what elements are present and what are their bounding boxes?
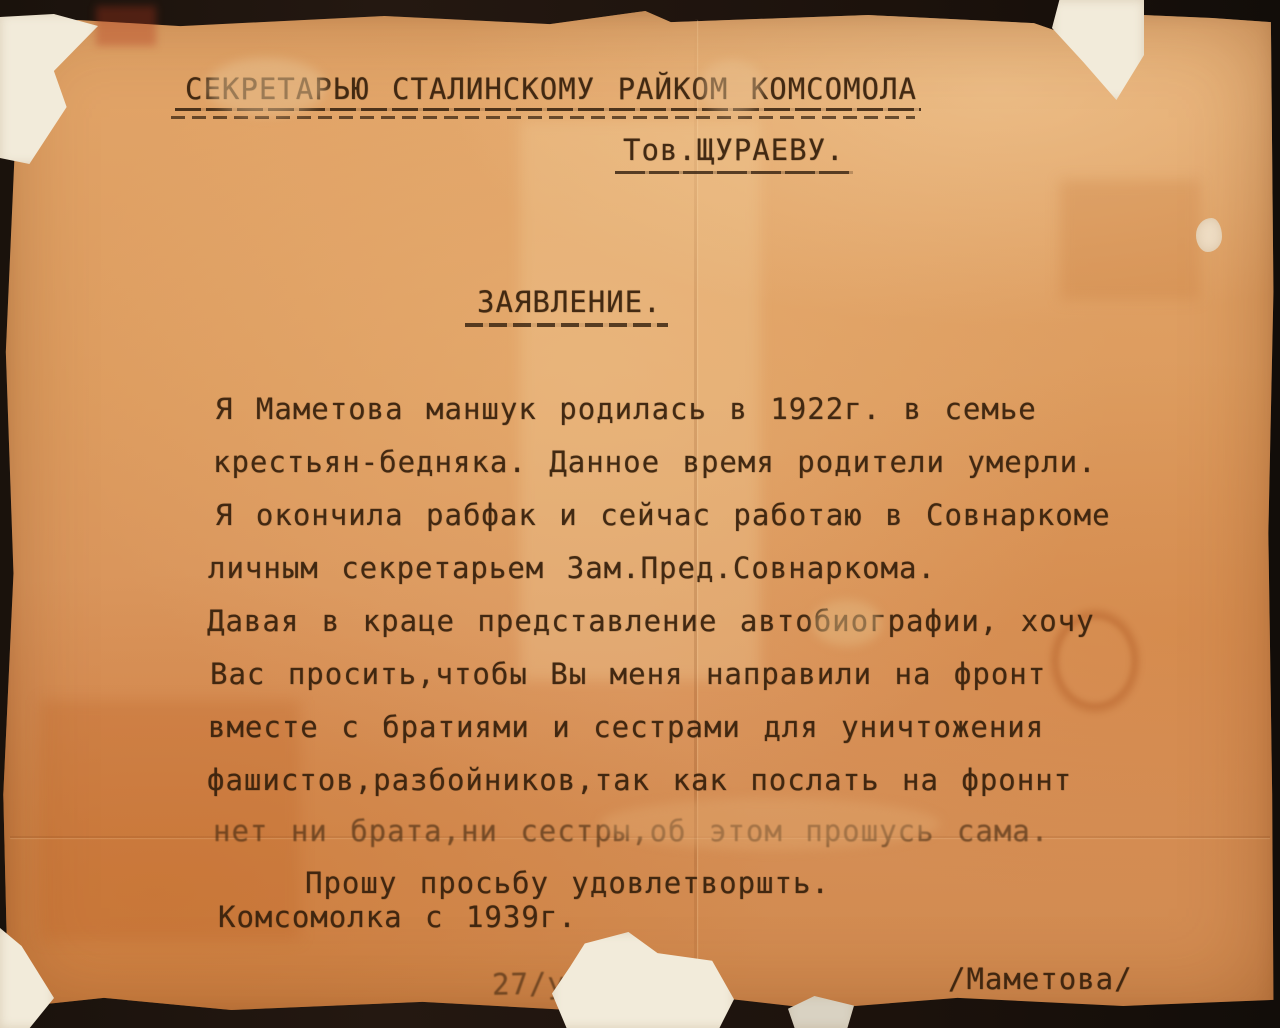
body-line: личным секретарьем Зам.Пред.Совнаркома. xyxy=(208,551,936,585)
body-line: Я окончила рабфак и сейчас работаю в Сов… xyxy=(215,498,1111,532)
body-line: нет ни брата,ни сестры,об этом прошусь с… xyxy=(213,814,1049,848)
document-title: ЗАЯВЛЕНИЕ. xyxy=(477,285,662,319)
body-line: Давая в краце представление автобиографи… xyxy=(207,604,1095,638)
closing-request-line: Прошу просьбу удовлетворшть. xyxy=(305,866,830,900)
header-addressee-line: СЕКРЕТАРЬЮ СТАЛИНСКОМУ РАЙКОМ КОМСОМОЛА xyxy=(185,72,917,106)
photo-backdrop: СЕКРЕТАРЬЮ СТАЛИНСКОМУ РАЙКОМ КОМСОМОЛА … xyxy=(0,0,1280,1028)
torn-patch-right-edge xyxy=(1196,218,1222,252)
body-line: Вас просить,чтобы Вы меня направили на ф… xyxy=(210,657,1046,691)
body-line: фашистов,разбойников,так как послать на … xyxy=(207,763,1072,797)
closing-membership-line: Комсомолка с 1939г. xyxy=(218,900,577,934)
body-line: вместе с братиями и сестрами для уничтож… xyxy=(208,710,1044,744)
body-line: Я Маметова маншук родилась в 1922г. в се… xyxy=(215,392,1037,426)
body-line: крестьян-бедняка. Данное время родители … xyxy=(213,445,1097,479)
header-recipient-line: Тов.ЩУРАЕВУ. xyxy=(623,133,845,167)
footer-signature: /Маметова/ xyxy=(948,962,1133,996)
